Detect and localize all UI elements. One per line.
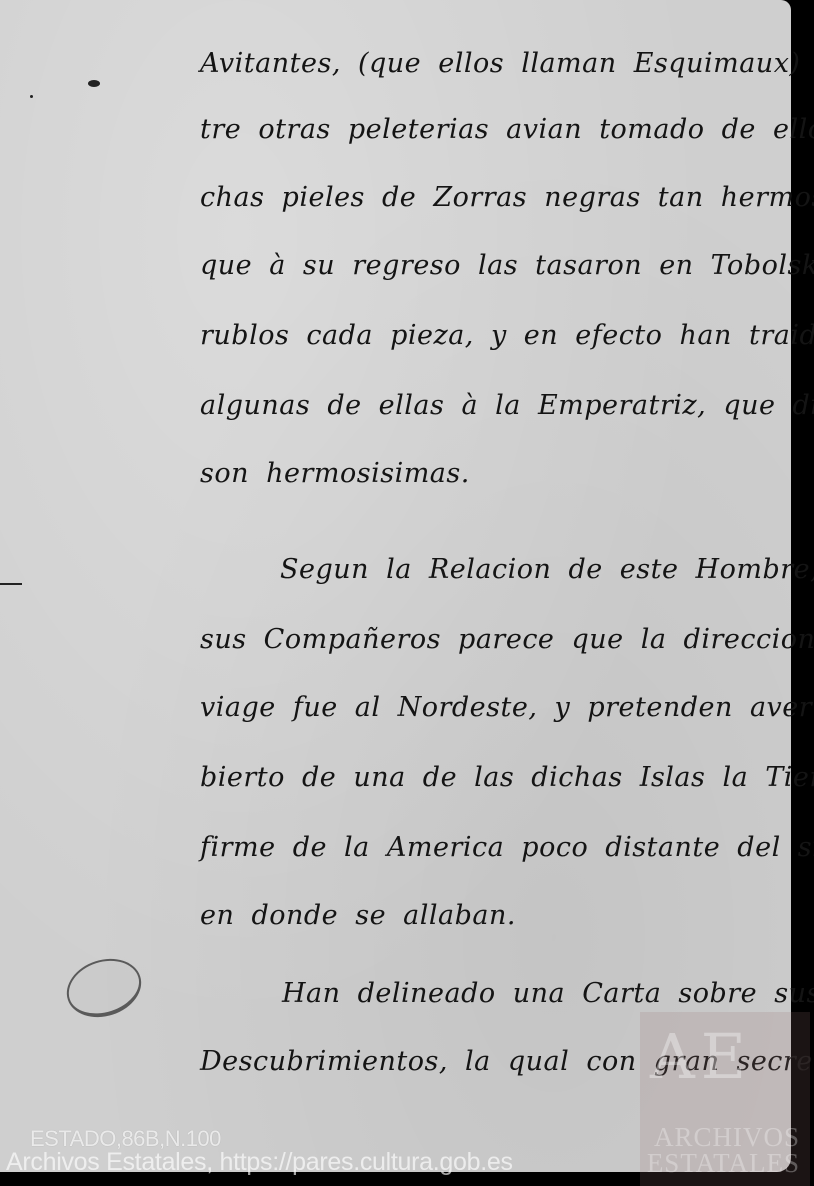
archive-stamp [59,950,149,1027]
edge-tear-mark [0,583,22,585]
manuscript-line: que à su regreso las tasaron en Tobolsky… [200,250,814,281]
manuscript-line: rublos cada pieza, y en efecto han traid… [200,320,814,351]
manuscript-line: en donde se allaban. [200,900,516,931]
ink-blot [88,80,100,87]
manuscript-line: bierto de una de las dichas Islas la Tie… [200,762,814,793]
manuscript-line: firme de la America poco distante del si… [200,832,814,863]
source-attribution: Archivos Estatales, https://pares.cultur… [6,1148,513,1177]
archive-logo-letters: AE [650,1020,752,1093]
archive-logo-word: ESTATALES [647,1148,800,1179]
manuscript-line: tre otras peleterias avian tomado de ell… [200,114,814,145]
ink-blot [30,95,33,98]
manuscript-line: chas pieles de Zorras negras tan hermosa… [200,182,814,213]
manuscript-line: Segun la Relacion de este Hombre, y de [280,554,814,585]
manuscript-page: Avitantes, (que ellos llaman Esquimaux) … [0,0,791,1172]
manuscript-line: algunas de ellas à la Emperatriz, que di… [200,390,814,421]
manuscript-line: son hermosisimas. [200,458,470,489]
manuscript-line: Han delineado una Carta sobre sus [282,978,814,1009]
manuscript-line: sus Compañeros parece que la direccion d… [200,624,814,655]
manuscript-line: viage fue al Nordeste, y pretenden aver … [200,692,814,723]
manuscript-line: Avitantes, (que ellos llaman Esquimaux) … [200,48,814,79]
